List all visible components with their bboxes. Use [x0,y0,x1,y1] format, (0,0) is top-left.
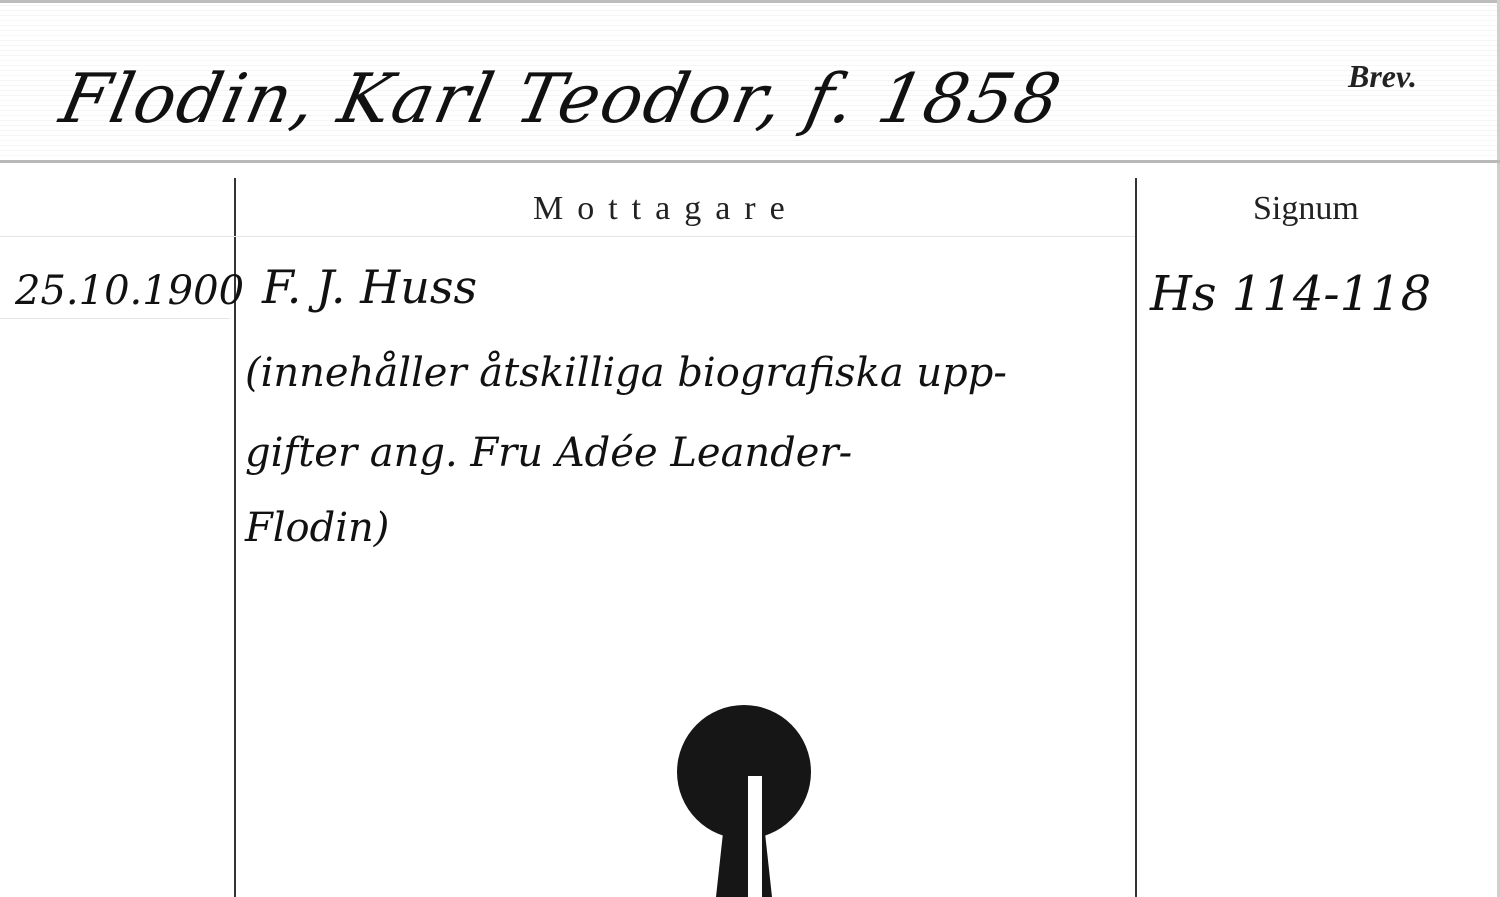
entry-note-line: (innehåller åtskilliga biografiska upp- [245,350,1007,396]
entry-signum: Hs 114-118 [1150,266,1431,322]
entry-note-line: Flodin) [245,505,389,551]
card-title-name: Flodin, Karl Teodor, f. 1858 [54,60,1069,139]
category-label: Brev. [1348,58,1417,95]
top-edge [0,0,1500,3]
entry-note-line: gifter ang. Fru Adée Leander- [245,430,852,476]
row-rule [0,236,1135,237]
header-divider [0,160,1500,163]
signum-column-header: Signum [1253,190,1359,228]
index-card: Flodin, Karl Teodor, f. 1858 Brev. Motta… [0,0,1500,897]
recipient-column-header: Mottagare [533,190,799,228]
column-divider-signum [1135,178,1137,897]
entry-recipient: F. J. Huss [262,260,477,314]
entry-date: 25.10.1900 [15,268,244,314]
row-rule [0,318,230,319]
